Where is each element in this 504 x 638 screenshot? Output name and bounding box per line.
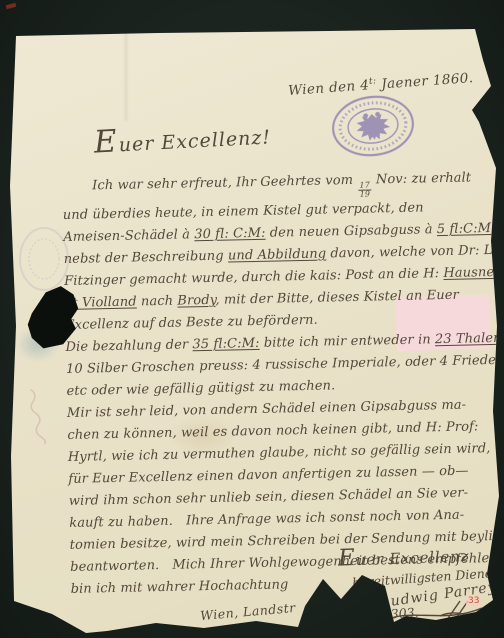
text-segment: bitte ich mir entweder in: [259, 332, 435, 351]
text-segment: und Abbildung: [228, 246, 327, 263]
paper-crease: [125, 26, 127, 121]
text-segment: 35 fl:C:M:: [192, 336, 259, 352]
salutation: Euer Excellenz!: [93, 123, 271, 157]
text-segment: 30 fl: C:M:: [194, 226, 266, 242]
address-city: Wien, Landstr: [200, 600, 297, 623]
text-segment: 5 fl:C:M: [437, 221, 492, 237]
closing-recipient-rest: uer Excellenz: [355, 547, 469, 569]
address-number: N:303.: [376, 605, 419, 623]
letter-body: Ich war sehr erfreut, Ihr Geehrtes vom 1…: [62, 167, 504, 601]
text-segment: etc oder wie gefällig gütigst zu machen.: [66, 378, 335, 399]
letter-paper: Wien den 4t: Jaener 1860. Euer Excellenz…: [8, 26, 500, 634]
text-segment: Ameisen-Schädel à: [63, 227, 194, 245]
text-segment: , mit der Bitte, dieses Kistel an Euer: [215, 288, 459, 308]
archive-number: 33: [466, 596, 481, 606]
closing-recipient-initial: E: [338, 545, 356, 572]
text-segment: Excellenz auf das Beste zu befördern.: [65, 313, 318, 333]
text-segment: bin ich mit wahrer Hochachtung: [71, 577, 289, 597]
faint-margin-mark-icon: [24, 386, 50, 448]
text-segment: den neuen Gipsabguss à: [265, 222, 437, 241]
salutation-rest: uer Excellenz!: [118, 126, 271, 156]
text-segment: Brody: [177, 293, 215, 309]
text-segment: Nov: zu erhalt: [372, 170, 472, 187]
salutation-initial: E: [93, 123, 119, 160]
text-segment: Die bezahlung der: [65, 337, 192, 355]
text-segment: davon, welche von Dr: Leop: [326, 242, 504, 261]
text-segment: nebst der Beschreibung: [64, 249, 229, 267]
red-corner-mark: [6, 3, 17, 9]
scan-background: Wien den 4t: Jaener 1860. Euer Excellenz…: [0, 0, 504, 638]
double-headed-eagle-icon: [354, 111, 391, 142]
date-fraction: 1719: [358, 182, 371, 199]
text-segment: Ich war sehr erfreut, Ihr Geehrtes vom: [92, 173, 357, 194]
university-library-stamp-icon: [326, 89, 419, 163]
dateline-suffix: Jaener 1860.: [376, 70, 474, 93]
text-segment: nach: [137, 294, 178, 310]
text-segment: Hausner: [443, 265, 500, 281]
text-segment: 23 Thaler: [435, 331, 500, 347]
ghost-stamp-icon: [18, 226, 70, 292]
